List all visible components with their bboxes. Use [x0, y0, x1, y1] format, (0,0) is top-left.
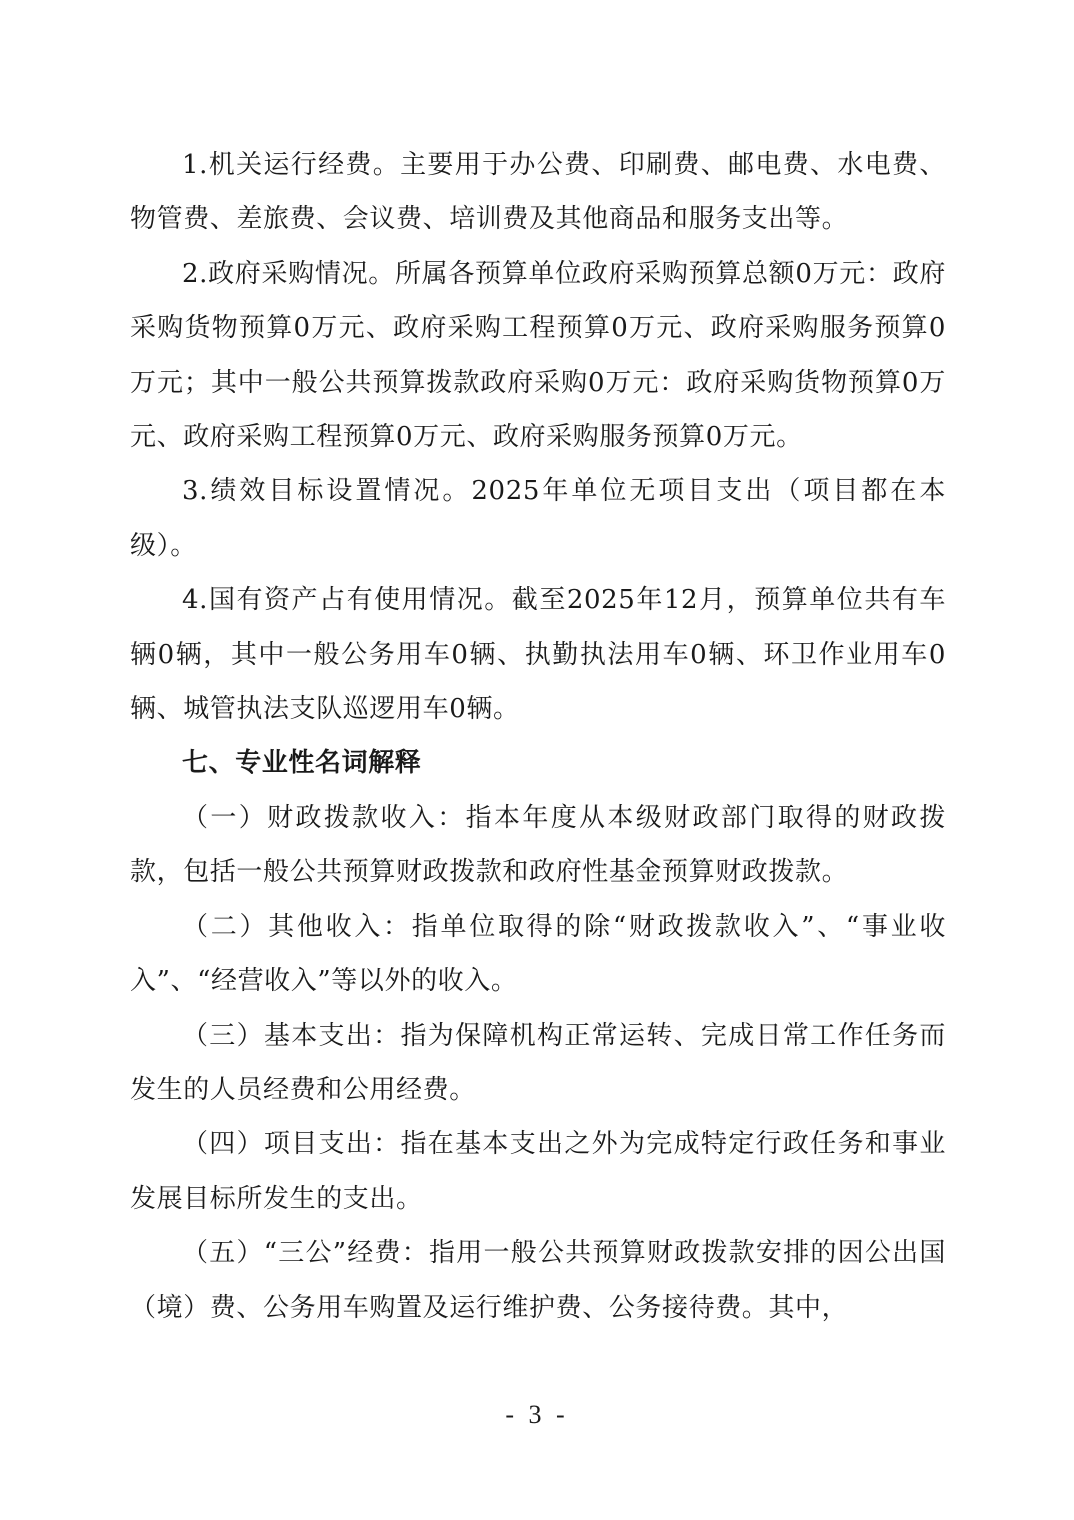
paragraph-government-procurement: 2.政府采购情况。所属各预算单位政府采购预算总额0万元：政府采购货物预算0万元、…: [130, 247, 946, 465]
paragraph-performance-goals: 3.绩效目标设置情况。2025年单位无项目支出（项目都在本级）。: [130, 464, 946, 573]
paragraph-state-assets: 4.国有资产占有使用情况。截至2025年12月，预算单位共有车辆0辆，其中一般公…: [130, 573, 946, 736]
paragraph-operating-expenses: 1.机关运行经费。主要用于办公费、印刷费、邮电费、水电费、物管费、差旅费、会议费…: [130, 138, 946, 247]
document-body: 1.机关运行经费。主要用于办公费、印刷费、邮电费、水电费、物管费、差旅费、会议费…: [130, 138, 946, 1335]
definition-basic-expenditure: （三）基本支出：指为保障机构正常运转、完成日常工作任务而发生的人员经费和公用经费…: [130, 1009, 946, 1118]
definition-fiscal-appropriation-income: （一）财政拨款收入：指本年度从本级财政部门取得的财政拨款，包括一般公共预算财政拨…: [130, 791, 946, 900]
definition-project-expenditure: （四）项目支出：指在基本支出之外为完成特定行政任务和事业发展目标所发生的支出。: [130, 1117, 946, 1226]
section-heading-glossary: 七、专业性名词解释: [130, 736, 946, 790]
page-number: - 3 -: [0, 1400, 1074, 1430]
definition-other-income: （二）其他收入：指单位取得的除“财政拨款收入”、“事业收入”、“经营收入”等以外…: [130, 900, 946, 1009]
definition-three-public-expenses: （五）“三公”经费：指用一般公共预算财政拨款安排的因公出国（境）费、公务用车购置…: [130, 1226, 946, 1335]
